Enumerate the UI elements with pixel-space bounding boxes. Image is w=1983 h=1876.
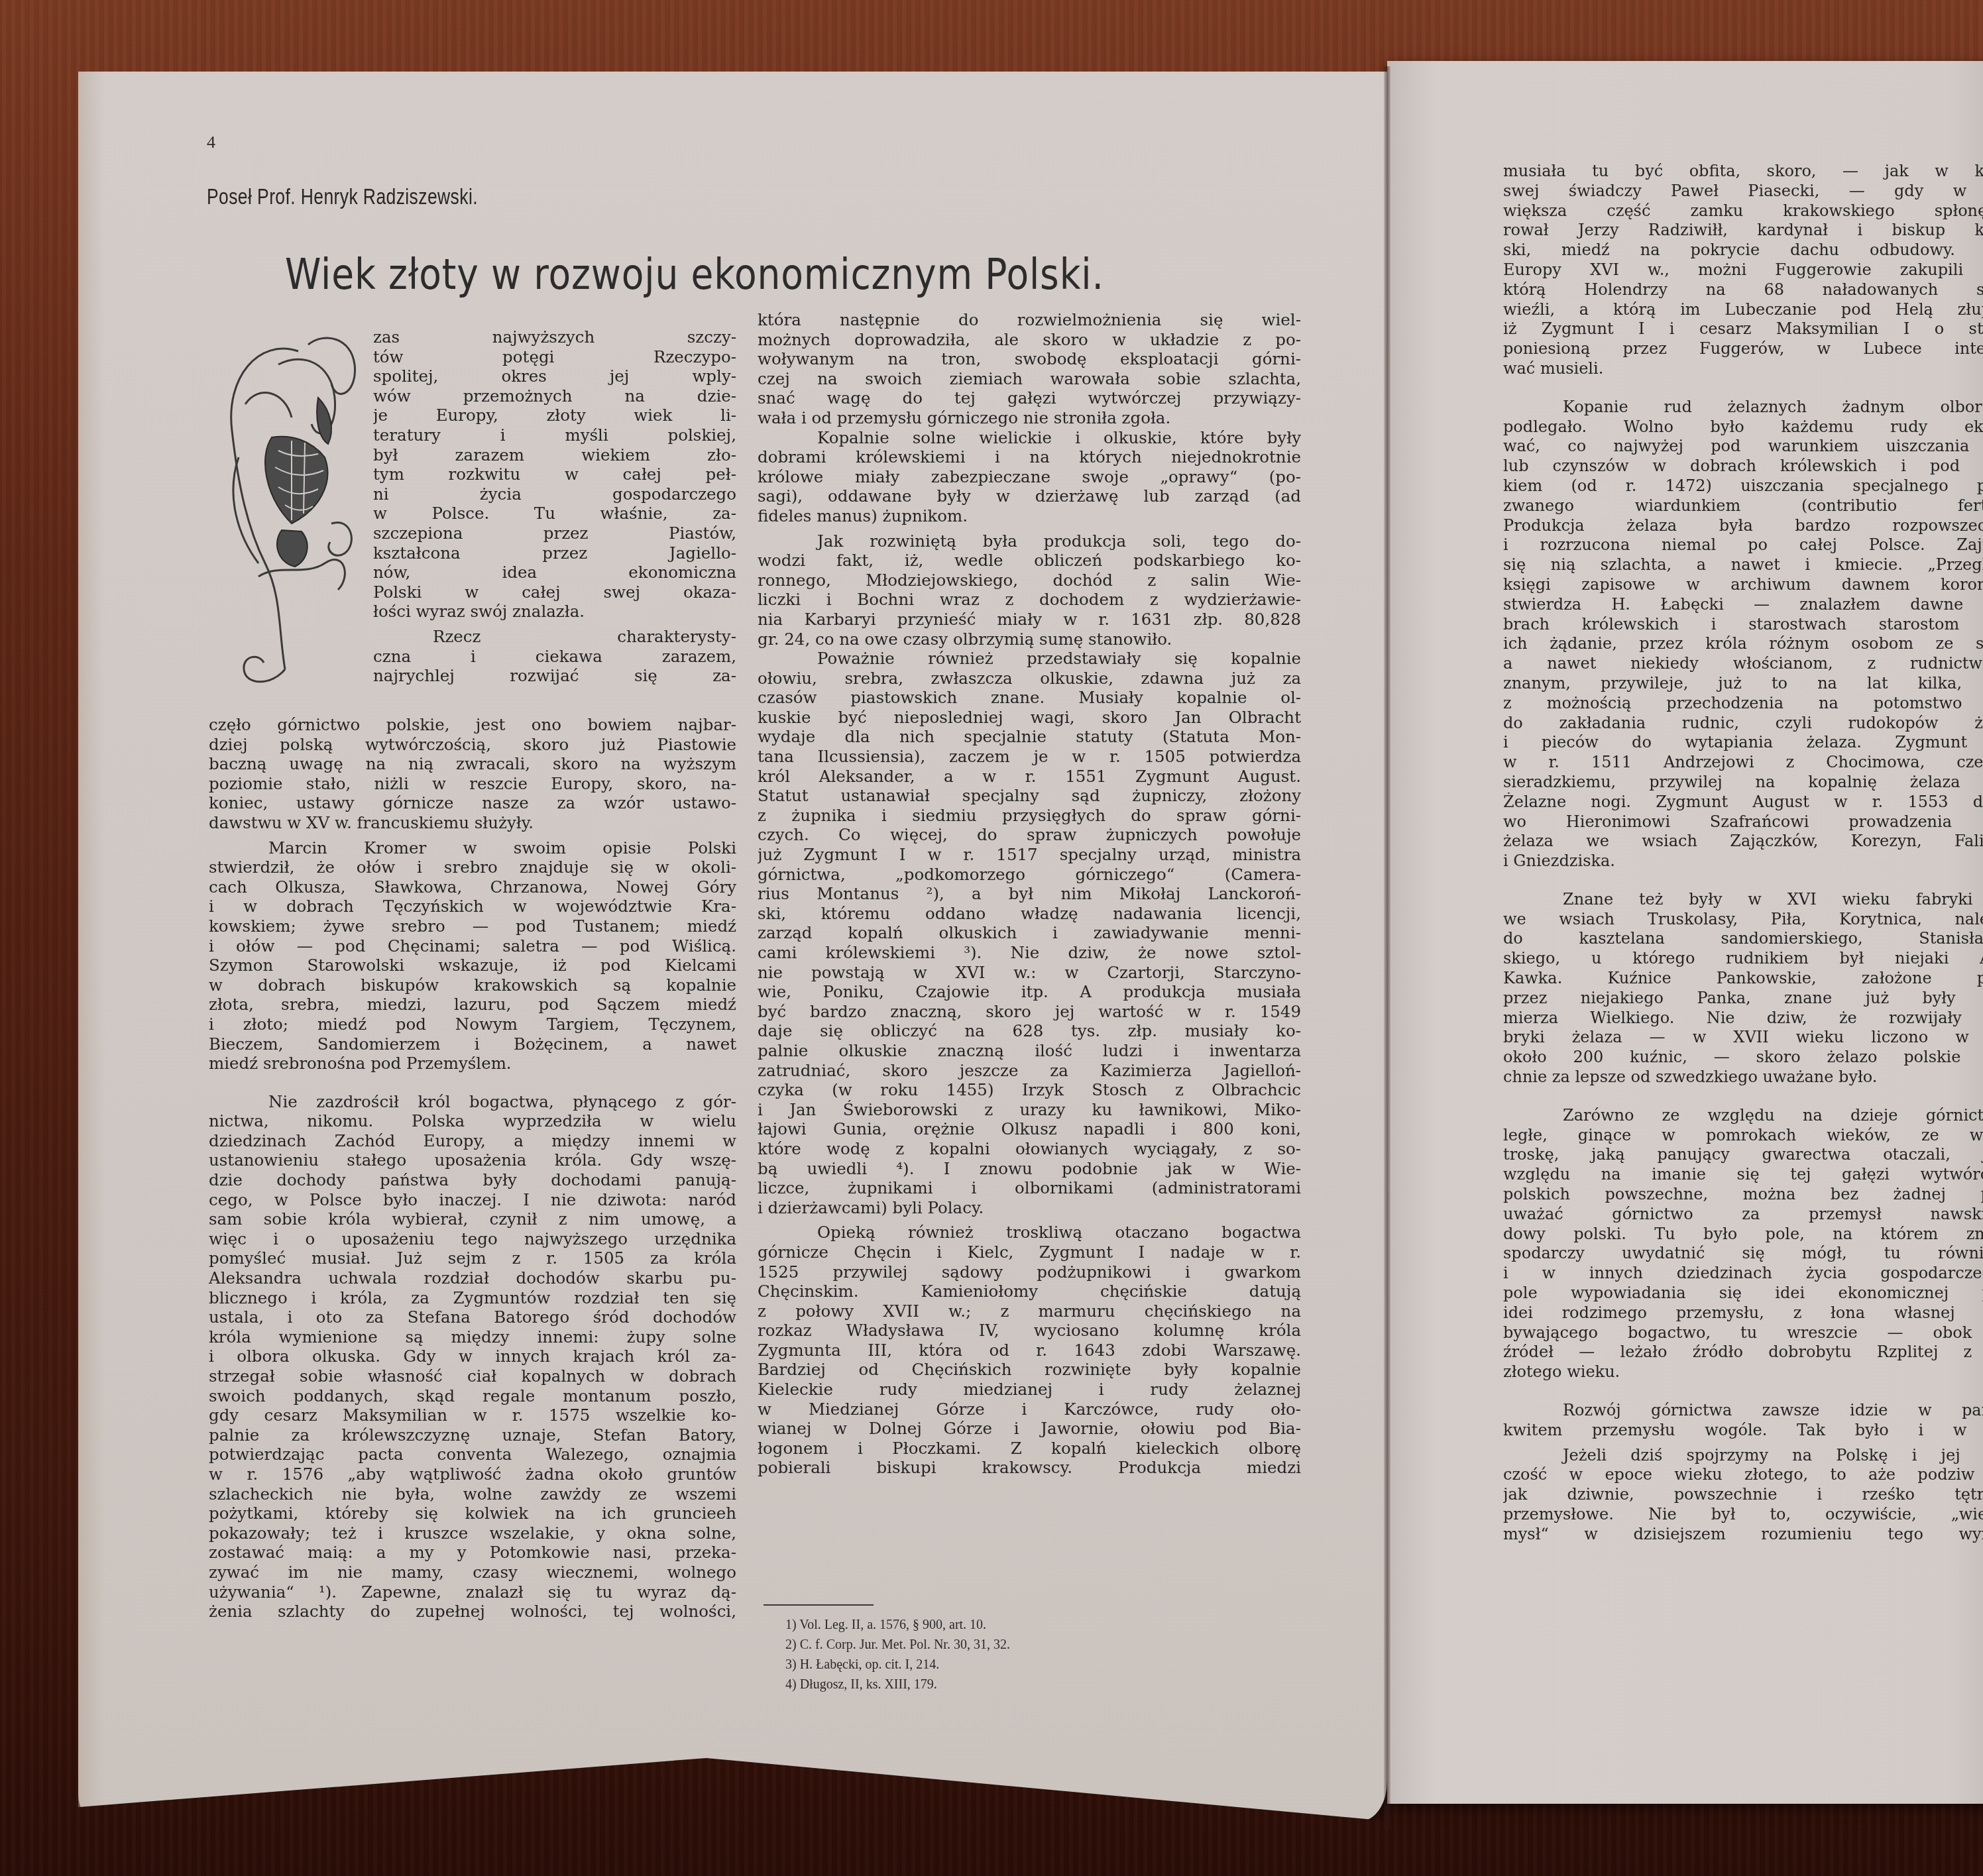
text-line: szczepiona przez Piastów,: [373, 524, 736, 543]
text-line: palnie za królewszczyznę uznaje, Stefan …: [209, 1425, 736, 1445]
text-line: Opieką również troskliwą otaczano bogact…: [758, 1223, 1301, 1242]
text-line: króla wymienione są między innemi: żupy …: [209, 1327, 736, 1347]
text-line: kiem (od r. 1472) uiszczania specjalnego…: [1503, 476, 1983, 496]
text-line: mierza Wielkiego. Nie dziw, że rozwijały…: [1503, 1009, 1983, 1028]
text-line: Chęcinskim. Kamieniołomy chęcińskie datu…: [758, 1282, 1301, 1301]
footnote-4: 4) Długosz, II, ks. XIII, 179.: [785, 1675, 1010, 1694]
text-line: dzie dochody państwa były dochodami panu…: [209, 1170, 736, 1190]
text-line: w r. 1576 „aby wątpliwość żadna około gr…: [209, 1464, 736, 1484]
text-line: Produkcja żelaza była bardzo rozpowszech…: [1503, 516, 1983, 536]
text-line: był zarazem wiekiem zło-: [373, 445, 736, 465]
text-line: dowy polski. Tu było pole, na którem zmy…: [1503, 1225, 1983, 1244]
text-line: Aleksandra uchwala rozdział dochodów ska…: [209, 1268, 736, 1288]
text-line: troskę, jaką panujący gwarectwa otaczali…: [1503, 1145, 1983, 1165]
text-line: brach królewskich i starostwach starosto…: [1503, 615, 1983, 635]
text-line: sieradzkiemu, przywilej na kopalnię żela…: [1503, 773, 1983, 793]
text-line: łajowi Gunia, orężnie Olkusz napadli i 8…: [758, 1119, 1301, 1139]
text-line: Bieczem, Sandomierzem i Bożęcinem, a naw…: [209, 1034, 736, 1054]
page-fold-gutter: [1384, 66, 1390, 1829]
text-line: dziej polską wytwórczością, skoro już Pi…: [209, 735, 736, 755]
image-right-edge: [1949, 60, 1983, 1849]
text-line: względu na imanie się tej gałęzi wytwórc…: [1503, 1165, 1983, 1185]
text-line: jak dziwnie, powszechnie i rześko tętnił…: [1503, 1485, 1983, 1505]
text-line: w dobrach biskupów krakowskich są kopaln…: [209, 975, 736, 995]
text-line: lub czynszów w dobrach królewskich i pod…: [1503, 457, 1983, 476]
text-line: używania“ ¹). Zapewne, znalazł się tu wy…: [209, 1582, 736, 1602]
text-line: poziomie stało, niżli w reszcie Europy, …: [209, 774, 736, 794]
text-line: zarząd kopalń olkuskich i zawiadywanie m…: [758, 923, 1301, 943]
text-line: liczki i Bochni wraz z dochodem z wydzie…: [758, 590, 1301, 610]
text-line: pobierali biskupi krakowscy. Produkcja m…: [758, 1458, 1301, 1478]
text-line: więc i o uposażeniu tego najwyższego urz…: [209, 1229, 736, 1249]
text-line: gr. 24, co na owe czasy olbrzymią sumę s…: [758, 630, 1301, 649]
text-line: kształcona przez Jagiello-: [373, 543, 736, 563]
text-line: ronnego, Młodziejowskiego, dochód z sali…: [758, 571, 1301, 590]
text-line: swoich poddanych, skąd regale montanum p…: [209, 1386, 736, 1406]
text-line: woływanym na tron, swobodę eksploatacji …: [758, 349, 1301, 369]
text-line: tym rozkwitu w całej peł-: [373, 465, 736, 484]
text-line: wów przemożnych na dzie-: [373, 386, 736, 406]
text-line: ustala, i oto za Stefana Batorego śród d…: [209, 1307, 736, 1327]
text-line: rozkaz Władysława IV, wyciosano kolumnę …: [758, 1321, 1301, 1341]
text-line: i w dobrach Tęczyńskich w województwie K…: [209, 897, 736, 916]
text-line: musiała tu być obfita, skoro, — jak w kr…: [1503, 162, 1983, 182]
text-line: zas najwyższych szczy-: [373, 327, 736, 347]
text-line: znanym, przywileje, już to na lat kilka,…: [1503, 674, 1983, 694]
text-line: około 200 kuźnic, — skoro żelazo polskie…: [1503, 1048, 1983, 1068]
text-line: je Europy, złoty wiek li-: [373, 406, 736, 425]
text-line: szlacheckich nie była, wolne zawżdy ze w…: [209, 1484, 736, 1504]
text-line: spodarczy uwydatnić się mógł, tu również…: [1503, 1244, 1983, 1264]
text-line: liczce, żupnikami i olbornikami (adminis…: [758, 1178, 1301, 1198]
text-line: wać, co najwyżej pod warunkiem uiszczani…: [1503, 437, 1983, 457]
text-line: kowskiem; żywe srebro — pod Tustanem; mi…: [209, 916, 736, 936]
text-line: ustanowieniu stałego uposażenia króla. G…: [209, 1150, 736, 1170]
footnote-divider: [764, 1604, 874, 1606]
text-line: sam sobie króla wybierał, czynił z nim u…: [209, 1209, 736, 1229]
text-line: i olbora olkuska. Gdy w innych krajach k…: [209, 1347, 736, 1366]
page-number: 4: [207, 133, 215, 152]
text-line: złota, srebra, miedzi, lazuru, pod Sącze…: [209, 995, 736, 1015]
text-line: snać wagę do tej gałęzi wytwórczej przyw…: [758, 388, 1301, 408]
text-line: wie, Poniku, Czajowie itp. A produkcja m…: [758, 982, 1301, 1002]
column-1-text: częło górnictwo polskie, jest ono bowiem…: [209, 715, 736, 1622]
text-line: i Jan Świeborowski z urazy ku ławnikowi,…: [758, 1100, 1301, 1120]
text-line: i złoto; miedź pod Nowym Targiem, Tęczyn…: [209, 1015, 736, 1034]
text-line: wo Hieronimowi Szafrańcowi prowadzenia f…: [1503, 812, 1983, 832]
text-line: z połowy XVII w.; z marmuru chęcińskiego…: [758, 1301, 1301, 1321]
text-line: podlegało. Wolno było każdemu rudy ekspl: [1503, 417, 1983, 437]
text-line: i dzierżawcami) byli Polacy.: [758, 1198, 1301, 1218]
text-line: ski, któremu oddano władzę nadawania lic…: [758, 904, 1301, 924]
text-line: czość w epoce wieku złotego, to aże podz…: [1503, 1465, 1983, 1485]
text-line: Znane też były w XVI wieku fabryki ż: [1503, 890, 1983, 910]
column-1-narrow-text: zas najwyższych szczy- tów potęgi Rzeczy…: [373, 327, 736, 686]
text-line: sagi), oddawane były w dzierżawę lub zar…: [758, 486, 1301, 506]
footnotes: 1) Vol. Leg. II, a. 1576, § 900, art. 10…: [785, 1615, 1010, 1694]
footnote-2: 2) C. f. Corp. Jur. Met. Pol. Nr. 30, 31…: [785, 1635, 1010, 1655]
text-line: Szymon Starowolski wskazuje, iż pod Kiel…: [209, 956, 736, 975]
text-line: bywającego bogactwo, tu wreszcie — obok …: [1503, 1323, 1983, 1343]
text-line: do kasztelana sandomierskiego, Stanisław…: [1503, 929, 1983, 949]
text-line: już Zygmunt I w r. 1517 specjalny urząd,…: [758, 845, 1301, 865]
text-line: zostawać maią: a my y Potomkowie nasi, p…: [209, 1543, 736, 1563]
text-line: teratury i myśli polskiej,: [373, 425, 736, 445]
text-line: Kieleckie rudy miedzianej i rudy żelazne…: [758, 1380, 1301, 1400]
text-line: czych. Co więcej, do spraw żupniczych po…: [758, 825, 1301, 845]
text-line: nie powstają w XVI w.: w Czartorji, Star…: [758, 963, 1301, 983]
text-line: chnie za lepsze od szwedzkiego uważane b…: [1503, 1068, 1983, 1087]
text-line: miedź srebronośna pod Przemyślem.: [209, 1054, 736, 1074]
text-line: się nią szlachta, a nawet i kmiecie. „Pr…: [1503, 555, 1983, 575]
text-line: górnictwa, „podkomorzego górniczego“ (Ca…: [758, 865, 1301, 885]
text-line: i Gniezdziska.: [1503, 852, 1983, 871]
text-line: łogonem i Płoczkami. Z kopalń kieleckich…: [758, 1439, 1301, 1459]
footnote-3: 3) H. Łabęcki, op. cit. I, 214.: [785, 1655, 1010, 1675]
text-line: pokazowały; też i kruszce wszelakie, y o…: [209, 1523, 736, 1543]
text-line: uważać górnictwo za przemysł nawskroś: [1503, 1205, 1983, 1225]
text-line: w Polsce. Tu właśnie, za-: [373, 504, 736, 524]
text-line: nów, idea ekonomiczna: [373, 563, 736, 582]
text-line: większa część zamku krakowskiego spłonęł…: [1503, 201, 1983, 221]
text-line: wieźli, a którą im Lubeczanie pod Helą z…: [1503, 300, 1983, 320]
text-line: baczną uwagę na nią zwracali, skoro na w…: [209, 754, 736, 774]
text-line: cami królewskiemi ³). Nie dziw, że nowe …: [758, 943, 1301, 963]
text-line: fideles manus) żupnikom.: [758, 506, 1301, 526]
text-line: wodzi fakt, iż, wedle obliczeń podskarbi…: [758, 551, 1301, 571]
text-line: kwitem przemysłu wogóle. Tak było i w P: [1503, 1421, 1983, 1441]
text-line: łości wyraz swój znalazła.: [373, 602, 736, 622]
text-line: Jak rozwiniętą była produkcja soli, tego…: [758, 531, 1301, 551]
text-line: tana Ilcussiensia), zaczem je w r. 1505 …: [758, 747, 1301, 767]
text-line: bryki żelaza — w XVII wieku liczono w P: [1503, 1028, 1983, 1048]
text-line: wydaje dla nich specjalnie statuty (Stat…: [758, 727, 1301, 747]
text-line: czna i ciekawa zarazem,: [373, 647, 736, 667]
text-line: do zakładania rudnic, czyli rudokopów że…: [1503, 714, 1983, 734]
text-line: kuskie być nieposledniej wagi, skoro Jan…: [758, 708, 1301, 728]
text-line: częło górnictwo polskie, jest ono bowiem…: [209, 715, 736, 735]
text-line: przemysłowe. Nie był to, oczywiście, „wi…: [1503, 1505, 1983, 1525]
text-line: i rozrzucona niemal po całej Polsce. Zaj…: [1503, 535, 1983, 555]
text-line: 1525 przywilej sądowy podżupnikowi i gwa…: [758, 1262, 1301, 1282]
text-line: i w innych dziedzinach życia gospodarcze…: [1503, 1264, 1983, 1284]
text-line: Polski w całej swej okaza-: [373, 582, 736, 602]
text-line: ni życia gospodarczego: [373, 484, 736, 504]
text-line: wała i od przemysłu górniczego nie stron…: [758, 408, 1301, 428]
text-line: czej na swoich ziemiach warowała sobie s…: [758, 369, 1301, 389]
text-line: stwierdził, że ołów i srebro znajduje si…: [209, 857, 736, 877]
text-line: bą uwiedli ⁴). I znowu podobnie jak w Wi…: [758, 1159, 1301, 1179]
text-line: w r. 1511 Andrzejowi z Chocimowa, cześni: [1503, 753, 1983, 773]
text-line: zatrudniać, skoro jeszcze za Kazimierza …: [758, 1061, 1301, 1081]
text-line: czyka (w roku 1455) Irzyk Stosch z Olbra…: [758, 1080, 1301, 1100]
text-line: poniesioną przez Fuggerów, w Lubece inte…: [1503, 339, 1983, 359]
text-line: być bardzo znaczną, skoro jej wartość w …: [758, 1002, 1301, 1022]
text-line: w Miedzianej Górze i Karczówce, rudy oło…: [758, 1400, 1301, 1419]
text-line: zywać im nie mamy, czasy wiecznemi, woln…: [209, 1563, 736, 1582]
text-line: pole wypowiadania się idei ekonomicznej …: [1503, 1284, 1983, 1303]
text-line: Zygmunta III, która od r. 1643 zdobi War…: [758, 1341, 1301, 1360]
text-line: i pieców do wytapiania żelaza. Zygmunt I: [1503, 733, 1983, 753]
text-line: wać musieli.: [1503, 359, 1983, 379]
text-line: Europy XVI w., możni Fuggerowie zakupili…: [1503, 260, 1983, 280]
text-line: blicznego i króla, za Zygmuntów rozdział…: [209, 1288, 736, 1308]
text-line: Kopalnie solne wielickie i olkuskie, któ…: [758, 428, 1301, 448]
text-line: Żelazne nogi. Zygmunt August w r. 1553 d…: [1503, 793, 1983, 812]
text-line: księgi zapisowe w archiwum dawnem koronn…: [1503, 575, 1983, 595]
text-line: Rozwój górnictwa zawsze idzie w parze: [1503, 1401, 1983, 1421]
text-line: Rzecz charakterysty-: [373, 627, 736, 647]
text-line: Bardziej od Chęcińskich rozwinięte były …: [758, 1360, 1301, 1380]
text-line: żenia szlachty do zupełnej wolności, tej…: [209, 1602, 736, 1622]
text-line: nia Karbaryi przynieść miały w r. 1631 z…: [758, 610, 1301, 630]
text-line: źródeł — leżało źródło dobrobytu Rzplite…: [1503, 1343, 1983, 1362]
text-line: mysł“ w dzisiejszem rozumieniu tego wyra…: [1503, 1525, 1983, 1545]
text-line: dziedzinach Zachód Europy, a między inne…: [209, 1131, 736, 1151]
text-line: daje się obliczyć na 628 tys. złp. musia…: [758, 1021, 1301, 1041]
text-line: górnicze Chęcin i Kielc, Zygmunt I nadaj…: [758, 1242, 1301, 1262]
decorative-initial-ornament-icon: [219, 325, 361, 696]
text-line: swej świadczy Paweł Piasecki, — gdy w r.: [1503, 182, 1983, 201]
text-line: we wsiach Truskolasy, Piła, Korytnica, n…: [1503, 910, 1983, 930]
text-line: ski, miedź na pokrycie dachu odbudowy. B…: [1503, 241, 1983, 260]
text-line: Marcin Kromer w swoim opisie Polski: [209, 838, 736, 858]
text-line: koniec, ustawy górnicze nasze za wzór us…: [209, 793, 736, 813]
text-line: nictwa, nikomu. Polska wyprzedziła w wie…: [209, 1111, 736, 1131]
text-line: królowe miały zabezpieczane swoje „opraw…: [758, 467, 1301, 487]
text-line: tów potęgi Rzeczypo-: [373, 347, 736, 367]
text-line: wianej w Dolnej Górze i Jawornie, ołowiu…: [758, 1419, 1301, 1439]
text-line: dawstwu w XV w. francuskiemu służyły.: [209, 813, 736, 833]
text-line: iż Zygmunt I i cesarz Maksymilian I o st…: [1503, 319, 1983, 339]
text-line: stwierdza H. Łabęcki — znalazłem dawne w: [1503, 595, 1983, 615]
article-title: Wiek złoty w rozwoju ekonomicznym Polski…: [285, 250, 1104, 300]
text-line: król Aleksander, a w r. 1551 Zygmunt Aug…: [758, 767, 1301, 787]
text-line: którą Holendrzy na 68 naładowanych stat: [1503, 280, 1983, 300]
text-line: ległe, ginące w pomrokach wieków, ze wzg…: [1503, 1126, 1983, 1146]
text-line: spolitej, okres jej wply-: [373, 366, 736, 386]
text-line: Statut ustanawiał specjalny sąd żupniczy…: [758, 786, 1301, 806]
text-line: cego, w Polsce było inaczej. I nie dziwo…: [209, 1190, 736, 1210]
text-line: Kopanie rud żelaznych żadnym olborom: [1503, 398, 1983, 417]
text-line: z żupnika i siedmiu przysięgłych do spra…: [758, 806, 1301, 826]
text-line: najrychlej rozwijać się za-: [373, 666, 736, 686]
author-line: Poseł Prof. Henryk Radziszewski.: [207, 184, 478, 210]
text-line: przez niejakiego Panka, znane już były z…: [1503, 989, 1983, 1009]
text-line: Poważnie również przedstawiały się kopal…: [758, 649, 1301, 669]
column-3-text: musiała tu być obfita, skoro, — jak w kr…: [1503, 162, 1983, 1545]
text-line: Nie zazdrościł król bogactwa, płynącego …: [209, 1092, 736, 1112]
text-line: palnie olkuskie znaczną ilość ludzi i in…: [758, 1041, 1301, 1061]
text-line: rius Montanus ²), a był nim Mikołaj Lanc…: [758, 884, 1301, 904]
text-line: z możnością przechodzenia na potomstwo o: [1503, 694, 1983, 714]
text-line: polskich powszechne, można bez żadnej pr…: [1503, 1185, 1983, 1205]
text-line: złotego wieku.: [1503, 1362, 1983, 1382]
column-2-text: która następnie do rozwielmożnienia się …: [758, 310, 1301, 1478]
text-line: które wodę z kopalni ołowianych wyciągał…: [758, 1139, 1301, 1159]
text-line: a nawet niekiedy włościanom, z rudnictwe…: [1503, 654, 1983, 674]
text-line: cach Olkusza, Sławkowa, Chrzanowa, Nowej…: [209, 877, 736, 897]
text-line: dobrami królewskiemi i na których niejed…: [758, 447, 1301, 467]
text-line: gdy cesarz Maksymilian w r. 1575 wszelki…: [209, 1406, 736, 1425]
text-line: która następnie do rozwielmożnienia się …: [758, 310, 1301, 330]
text-line: pomyśleć musiał. Już sejm z r. 1505 za k…: [209, 1248, 736, 1268]
text-line: żelaza we wsiach Zajączków, Korezyn, Fal…: [1503, 832, 1983, 852]
text-line: potwierdzając pacta conventa Walezego, o…: [209, 1445, 736, 1464]
text-line: skiego, u którego rudnikiem był niejaki …: [1503, 949, 1983, 969]
text-line: możnych doprowadziła, ale skoro w układz…: [758, 330, 1301, 350]
text-line: i ołów — pod Chęcinami; saletra — pod Wi…: [209, 936, 736, 956]
text-line: ołowiu, srebra, zwłaszcza olkuskie, zdaw…: [758, 669, 1301, 689]
text-line: pożytkami, któreby się kolwiek na ich gr…: [209, 1504, 736, 1523]
text-line: Kawka. Kuźnice Pankowskie, założone pod: [1503, 969, 1983, 989]
footnote-1: 1) Vol. Leg. II, a. 1576, § 900, art. 10…: [785, 1615, 1010, 1635]
text-line: zwanego wiardunkiem (contributio ferton: [1503, 496, 1983, 516]
text-line: Zarówno ze względu na dzieje górnictwa: [1503, 1106, 1983, 1126]
text-line: strzegał sobie własność ciał kopalnych w…: [209, 1366, 736, 1386]
text-line: idei rodzimego przemysłu, z łona własnej…: [1503, 1303, 1983, 1323]
text-line: ich żądanie, przez króla różnym osobom z…: [1503, 634, 1983, 654]
text-line: czasów piastowskich znane. Musiały kopal…: [758, 688, 1301, 708]
text-line: rował Jerzy Radziwiłł, kardynał i biskup…: [1503, 221, 1983, 241]
text-line: Jeżeli dziś spojrzymy na Polskę i jej wy: [1503, 1446, 1983, 1466]
